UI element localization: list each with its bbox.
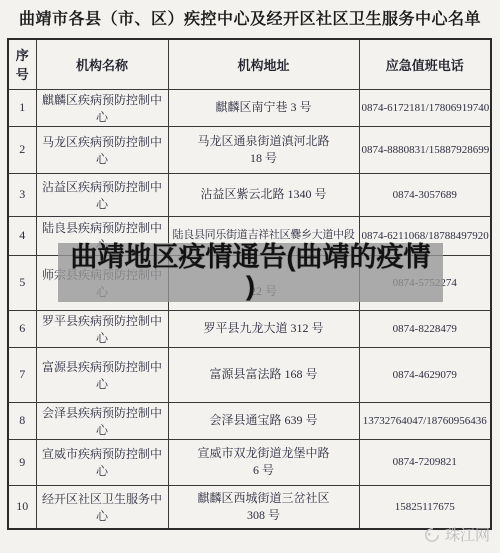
org-address: 富源县富法路 168 号 [168,347,359,402]
col-header-phone: 应急值班电话 [359,39,491,89]
row-number: 5 [8,255,36,310]
table-row: 6 罗平县疾病预防控制中心 罗平县九龙大道 312 号 0874-8228479 [8,310,491,347]
org-name: 麒麟区疾病预防控制中心 [36,89,168,126]
row-number: 6 [8,310,36,347]
watermark-overlay-line1: 曲靖地区疫情通告(曲靖的疫情 [58,243,443,272]
org-address: 会泽县通宝路 639 号 [168,402,359,439]
site-watermark-label: 珠江网 [445,524,490,545]
row-number: 3 [8,173,36,216]
address-line-1: 麒麟区西城街道三岔社区 [171,490,357,507]
page-title: 曲靖市各县（市、区）疾控中心及经开区社区卫生服务中心名单 [0,6,500,29]
org-address: 麒麟区南宁巷 3 号 [168,89,359,126]
phone-number: 0874-4629079 [359,347,491,402]
address-line-1: 会泽县通宝路 639 号 [171,412,357,429]
address-line-1: 马龙区通泉街道滇河北路 [171,133,357,150]
col-header-address: 机构地址 [168,39,359,89]
address-line-2: 18 号 [171,150,357,167]
table-row: 7 富源县疾病预防控制中心 富源县富法路 168 号 0874-4629079 [8,347,491,402]
row-number: 8 [8,402,36,439]
row-number: 10 [8,485,36,529]
org-address: 沾益区紫云北路 1340 号 [168,173,359,216]
org-address: 麒麟区西城街道三岔社区 308 号 [168,485,359,529]
org-address: 马龙区通泉街道滇河北路 18 号 [168,126,359,173]
address-line-1: 罗平县九龙大道 312 号 [171,320,357,337]
table-row: 8 会泽县疾病预防控制中心 会泽县通宝路 639 号 13732764047/1… [8,402,491,439]
org-name: 会泽县疾病预防控制中心 [36,402,168,439]
org-name: 马龙区疾病预防控制中心 [36,126,168,173]
pearl-river-logo-icon [423,526,441,544]
phone-number: 0874-7209821 [359,439,491,485]
table-row: 3 沾益区疾病预防控制中心 沾益区紫云北路 1340 号 0874-305768… [8,173,491,216]
org-name: 宣威市疾病预防控制中心 [36,439,168,485]
table-row: 9 宣威市疾病预防控制中心 宣威市双龙街道龙堡中路 6 号 0874-72098… [8,439,491,485]
address-line-1: 沾益区紫云北路 1340 号 [171,186,357,203]
table-row: 10 经开区社区卫生服务中心 麒麟区西城街道三岔社区 308 号 1582511… [8,485,491,529]
watermark-overlay: 曲靖地区疫情通告(曲靖的疫情 ) [58,243,443,302]
table-row: 2 马龙区疾病预防控制中心 马龙区通泉街道滇河北路 18 号 0874-8880… [8,126,491,173]
row-number: 2 [8,126,36,173]
phone-number: 0874-8880831/15887928699 [359,126,491,173]
org-name: 富源县疾病预防控制中心 [36,347,168,402]
org-address: 宣威市双龙街道龙堡中路 6 号 [168,439,359,485]
row-number: 4 [8,216,36,255]
document-page: { "page": { "title": "曲靖市各县（市、区）疾控中心及经开区… [0,0,500,553]
col-header-name: 机构名称 [36,39,168,89]
phone-number: 0874-6172181/17806919740 [359,89,491,126]
address-line-2: 308 号 [171,507,357,524]
site-watermark: 珠江网 [423,524,490,545]
org-address: 罗平县九龙大道 312 号 [168,310,359,347]
row-number: 1 [8,89,36,126]
col-header-index: 序号 [8,39,36,89]
address-line-2: 6 号 [171,462,357,479]
phone-number: 13732764047/18760956436 [359,402,491,439]
org-name: 沾益区疾病预防控制中心 [36,173,168,216]
phone-number: 0874-3057689 [359,173,491,216]
table-row: 1 麒麟区疾病预防控制中心 麒麟区南宁巷 3 号 0874-6172181/17… [8,89,491,126]
table-header-row: 序号 机构名称 机构地址 应急值班电话 [8,39,491,89]
address-line-1: 麒麟区南宁巷 3 号 [171,99,357,116]
org-name: 经开区社区卫生服务中心 [36,485,168,529]
phone-number: 15825117675 [359,485,491,529]
phone-number: 0874-8228479 [359,310,491,347]
row-number: 9 [8,439,36,485]
address-line-1: 宣威市双龙街道龙堡中路 [171,445,357,462]
watermark-overlay-line2: ) [58,272,443,301]
address-line-1: 富源县富法路 168 号 [171,366,357,383]
row-number: 7 [8,347,36,402]
org-name: 罗平县疾病预防控制中心 [36,310,168,347]
